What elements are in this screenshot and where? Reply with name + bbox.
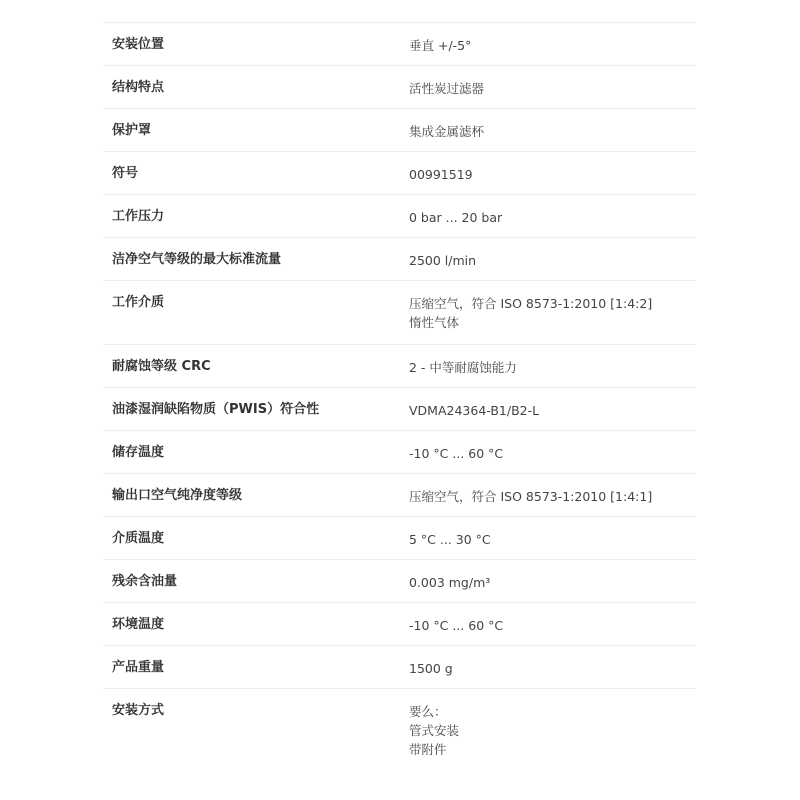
spec-value: 压缩空气，符合 ISO 8573-1:2010 [1:4:2] 惰性气体 — [401, 281, 696, 344]
spec-value-line: -10 °C ... 60 °C — [409, 444, 696, 463]
spec-value: 要么： 管式安装 带附件 — [401, 689, 696, 771]
spec-label: 结构特点 — [103, 66, 401, 108]
spec-value-line: 1500 g — [409, 659, 696, 678]
spec-value-line: 惰性气体 — [409, 313, 696, 332]
spec-value-line: 00991519 — [409, 165, 696, 184]
spec-label: 工作介质 — [103, 281, 401, 344]
spec-value-line: -10 °C ... 60 °C — [409, 616, 696, 635]
spec-table: 安装位置 垂直 +/-5° 结构特点 活性炭过滤器 保护罩 集成金属滤杯 符号 … — [103, 22, 696, 771]
spec-label: 残余含油量 — [103, 560, 401, 602]
spec-value: 5 °C ... 30 °C — [401, 517, 696, 559]
spec-value-line: 0.003 mg/m³ — [409, 573, 696, 592]
spec-row-operating-medium: 工作介质 压缩空气，符合 ISO 8573-1:2010 [1:4:2] 惰性气… — [103, 281, 696, 345]
spec-row-mounting-type: 安装方式 要么： 管式安装 带附件 — [103, 689, 696, 771]
spec-label: 符号 — [103, 152, 401, 194]
spec-value: 00991519 — [401, 152, 696, 194]
spec-row-symbol: 符号 00991519 — [103, 152, 696, 195]
spec-row-storage-temperature: 储存温度 -10 °C ... 60 °C — [103, 431, 696, 474]
spec-row-max-flow: 洁净空气等级的最大标准流量 2500 l/min — [103, 238, 696, 281]
spec-label: 输出口空气纯净度等级 — [103, 474, 401, 516]
spec-label: 保护罩 — [103, 109, 401, 151]
spec-value: -10 °C ... 60 °C — [401, 603, 696, 645]
spec-value: VDMA24364-B1/B2-L — [401, 388, 696, 430]
spec-label: 环境温度 — [103, 603, 401, 645]
spec-label: 工作压力 — [103, 195, 401, 237]
spec-label: 安装方式 — [103, 689, 401, 771]
spec-value: 活性炭过滤器 — [401, 66, 696, 108]
spec-value: 垂直 +/-5° — [401, 23, 696, 65]
spec-row-corrosion-class: 耐腐蚀等级 CRC 2 - 中等耐腐蚀能力 — [103, 345, 696, 388]
spec-value: -10 °C ... 60 °C — [401, 431, 696, 473]
spec-value: 1500 g — [401, 646, 696, 688]
spec-row-product-weight: 产品重量 1500 g — [103, 646, 696, 689]
spec-value-line: 2500 l/min — [409, 251, 696, 270]
spec-row-design: 结构特点 活性炭过滤器 — [103, 66, 696, 109]
spec-label: 安装位置 — [103, 23, 401, 65]
spec-label: 产品重量 — [103, 646, 401, 688]
spec-value-line: 活性炭过滤器 — [409, 79, 696, 98]
spec-value-line: VDMA24364-B1/B2-L — [409, 401, 696, 420]
spec-value-line: 压缩空气，符合 ISO 8573-1:2010 [1:4:2] — [409, 294, 696, 313]
spec-label: 洁净空气等级的最大标准流量 — [103, 238, 401, 280]
spec-row-bowl-guard: 保护罩 集成金属滤杯 — [103, 109, 696, 152]
spec-value-line: 2 - 中等耐腐蚀能力 — [409, 358, 696, 377]
spec-value: 2 - 中等耐腐蚀能力 — [401, 345, 696, 387]
spec-row-output-air-purity: 输出口空气纯净度等级 压缩空气，符合 ISO 8573-1:2010 [1:4:… — [103, 474, 696, 517]
spec-label: 介质温度 — [103, 517, 401, 559]
spec-value: 0 bar ... 20 bar — [401, 195, 696, 237]
spec-value: 压缩空气，符合 ISO 8573-1:2010 [1:4:1] — [401, 474, 696, 516]
spec-value-line: 5 °C ... 30 °C — [409, 530, 696, 549]
spec-value-line: 要么： — [409, 702, 696, 721]
spec-value: 0.003 mg/m³ — [401, 560, 696, 602]
spec-value-line: 垂直 +/-5° — [409, 36, 696, 55]
spec-row-residual-oil: 残余含油量 0.003 mg/m³ — [103, 560, 696, 603]
spec-label: 油漆湿润缺陷物质（PWIS）符合性 — [103, 388, 401, 430]
spec-value: 集成金属滤杯 — [401, 109, 696, 151]
spec-value-line: 0 bar ... 20 bar — [409, 208, 696, 227]
spec-value-line: 带附件 — [409, 740, 696, 759]
spec-row-ambient-temperature: 环境温度 -10 °C ... 60 °C — [103, 603, 696, 646]
spec-label: 储存温度 — [103, 431, 401, 473]
spec-value-line: 集成金属滤杯 — [409, 122, 696, 141]
spec-value-line: 管式安装 — [409, 721, 696, 740]
spec-value: 2500 l/min — [401, 238, 696, 280]
spec-row-medium-temperature: 介质温度 5 °C ... 30 °C — [103, 517, 696, 560]
spec-row-mounting-position: 安装位置 垂直 +/-5° — [103, 23, 696, 66]
spec-row-pwis: 油漆湿润缺陷物质（PWIS）符合性 VDMA24364-B1/B2-L — [103, 388, 696, 431]
spec-row-operating-pressure: 工作压力 0 bar ... 20 bar — [103, 195, 696, 238]
spec-label: 耐腐蚀等级 CRC — [103, 345, 401, 387]
spec-value-line: 压缩空气，符合 ISO 8573-1:2010 [1:4:1] — [409, 487, 696, 506]
